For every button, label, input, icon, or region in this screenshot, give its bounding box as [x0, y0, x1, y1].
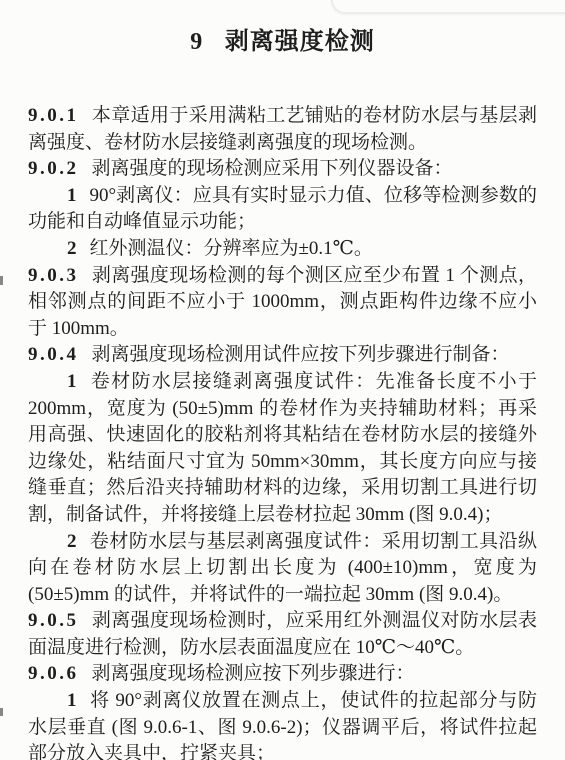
item-number: 2	[67, 531, 90, 552]
clause-9-0-6: 9.0.6剥离强度现场检测应按下列步骤进行：	[28, 661, 537, 688]
scan-speck	[0, 276, 3, 285]
document-page: 9剥离强度检测 9.0.1本章适用于采用满粘工艺铺贴的卷材防水层与基层剥离强度、…	[0, 0, 565, 760]
clause-text: 本章适用于采用满粘工艺铺贴的卷材防水层与基层剥离强度、卷材防水层接缝剥离强度的现…	[28, 105, 537, 153]
clause-number: 9.0.2	[28, 158, 92, 179]
clause-9-0-4-item-2: 2卷材防水层与基层剥离强度试件：采用切割工具沿纵向在卷材防水层上切割出长度为 (…	[28, 529, 537, 609]
clause-9-0-2-item-1: 190°剥离仪：应具有实时显示力值、位移等检测参数的功能和自动峰值显示功能；	[28, 183, 537, 236]
clause-9-0-4-item-1: 1卷材防水层接缝剥离强度试件：先准备长度不小于 200mm，宽度为 (50±5)…	[28, 369, 537, 529]
scan-speck	[0, 708, 3, 716]
clause-text: 剥离强度现场检测用试件应按下列步骤进行制备：	[92, 344, 510, 365]
item-text: 卷材防水层与基层剥离强度试件：采用切割工具沿纵向在卷材防水层上切割出长度为 (4…	[28, 531, 537, 605]
clause-9-0-2: 9.0.2剥离强度的现场检测应采用下列仪器设备：	[28, 156, 537, 183]
clause-number: 9.0.6	[28, 663, 92, 684]
item-text: 90°剥离仪：应具有实时显示力值、位移等检测参数的功能和自动峰值显示功能；	[28, 185, 537, 233]
clause-number: 9.0.1	[28, 105, 92, 126]
clause-text: 剥离强度的现场检测应采用下列仪器设备：	[92, 158, 453, 179]
clause-9-0-4: 9.0.4剥离强度现场检测用试件应按下列步骤进行制备：	[28, 342, 537, 369]
item-text: 将 90°剥离仪放置在测点上，使试件的拉起部分与防水层垂直 (图 9.0.6-1…	[28, 690, 537, 760]
clause-number: 9.0.5	[28, 610, 92, 631]
clause-9-0-6-item-1: 1将 90°剥离仪放置在测点上，使试件的拉起部分与防水层垂直 (图 9.0.6-…	[28, 688, 537, 760]
item-number: 1	[67, 690, 90, 711]
chapter-title-text: 剥离强度检测	[225, 29, 375, 55]
clause-text: 剥离强度现场检测应按下列步骤进行：	[92, 663, 415, 684]
clause-number: 9.0.3	[28, 265, 92, 286]
clause-9-0-5: 9.0.5剥离强度现场检测时，应采用红外测温仪对防水层表面温度进行检测，防水层表…	[28, 608, 537, 661]
clause-text: 剥离强度现场检测的每个测区应至少布置 1 个测点，相邻测点的间距不应小于 100…	[28, 265, 537, 339]
item-text: 卷材防水层接缝剥离强度试件：先准备长度不小于 200mm，宽度为 (50±5)m…	[28, 371, 537, 525]
chapter-title: 9剥离强度检测	[0, 0, 565, 57]
item-number: 1	[67, 371, 90, 392]
clause-9-0-3: 9.0.3剥离强度现场检测的每个测区应至少布置 1 个测点，相邻测点的间距不应小…	[28, 263, 537, 343]
document-body: 9.0.1本章适用于采用满粘工艺铺贴的卷材防水层与基层剥离强度、卷材防水层接缝剥…	[28, 103, 537, 760]
clause-9-0-2-item-2: 2红外测温仪：分辨率应为±0.1℃。	[28, 236, 537, 263]
clause-number: 9.0.4	[28, 344, 92, 365]
item-number: 2	[67, 238, 90, 259]
clause-9-0-1: 9.0.1本章适用于采用满粘工艺铺贴的卷材防水层与基层剥离强度、卷材防水层接缝剥…	[28, 103, 537, 156]
chapter-number: 9	[190, 29, 203, 55]
item-number: 1	[67, 185, 90, 206]
item-text: 红外测温仪：分辨率应为±0.1℃。	[89, 238, 372, 259]
clause-text: 剥离强度现场检测时，应采用红外测温仪对防水层表面温度进行检测，防水层表面温度应在…	[28, 610, 537, 658]
